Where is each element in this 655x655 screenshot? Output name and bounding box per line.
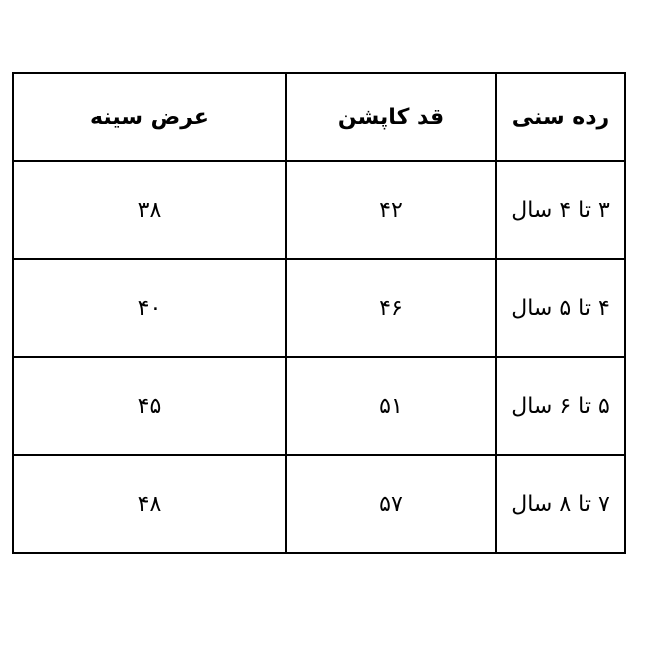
cell-chest-width: ۴۸: [13, 455, 286, 553]
header-cell-jacket-length: قد کاپشن: [286, 73, 496, 161]
size-chart-body: ۳ تا ۴ سال ۴۲ ۳۸ ۴ تا ۵ سال ۴۶ ۴۰ ۵ تا ۶…: [13, 161, 625, 553]
cell-jacket-length: ۵۱: [286, 357, 496, 455]
table-row: ۵ تا ۶ سال ۵۱ ۴۵: [13, 357, 625, 455]
table-row: ۷ تا ۸ سال ۵۷ ۴۸: [13, 455, 625, 553]
cell-age: ۳ تا ۴ سال: [496, 161, 625, 259]
size-chart-table: رده سنی قد کاپشن عرض سینه ۳ تا ۴ سال ۴۲ …: [12, 72, 626, 554]
cell-jacket-length: ۵۷: [286, 455, 496, 553]
cell-chest-width: ۴۰: [13, 259, 286, 357]
header-cell-chest-width: عرض سینه: [13, 73, 286, 161]
cell-age: ۴ تا ۵ سال: [496, 259, 625, 357]
cell-jacket-length: ۴۶: [286, 259, 496, 357]
cell-chest-width: ۴۵: [13, 357, 286, 455]
table-row: ۳ تا ۴ سال ۴۲ ۳۸: [13, 161, 625, 259]
cell-chest-width: ۳۸: [13, 161, 286, 259]
cell-age: ۷ تا ۸ سال: [496, 455, 625, 553]
size-chart-header: رده سنی قد کاپشن عرض سینه: [13, 73, 625, 161]
header-row: رده سنی قد کاپشن عرض سینه: [13, 73, 625, 161]
cell-age: ۵ تا ۶ سال: [496, 357, 625, 455]
header-cell-age: رده سنی: [496, 73, 625, 161]
table-row: ۴ تا ۵ سال ۴۶ ۴۰: [13, 259, 625, 357]
cell-jacket-length: ۴۲: [286, 161, 496, 259]
page-canvas: رده سنی قد کاپشن عرض سینه ۳ تا ۴ سال ۴۲ …: [0, 0, 655, 655]
